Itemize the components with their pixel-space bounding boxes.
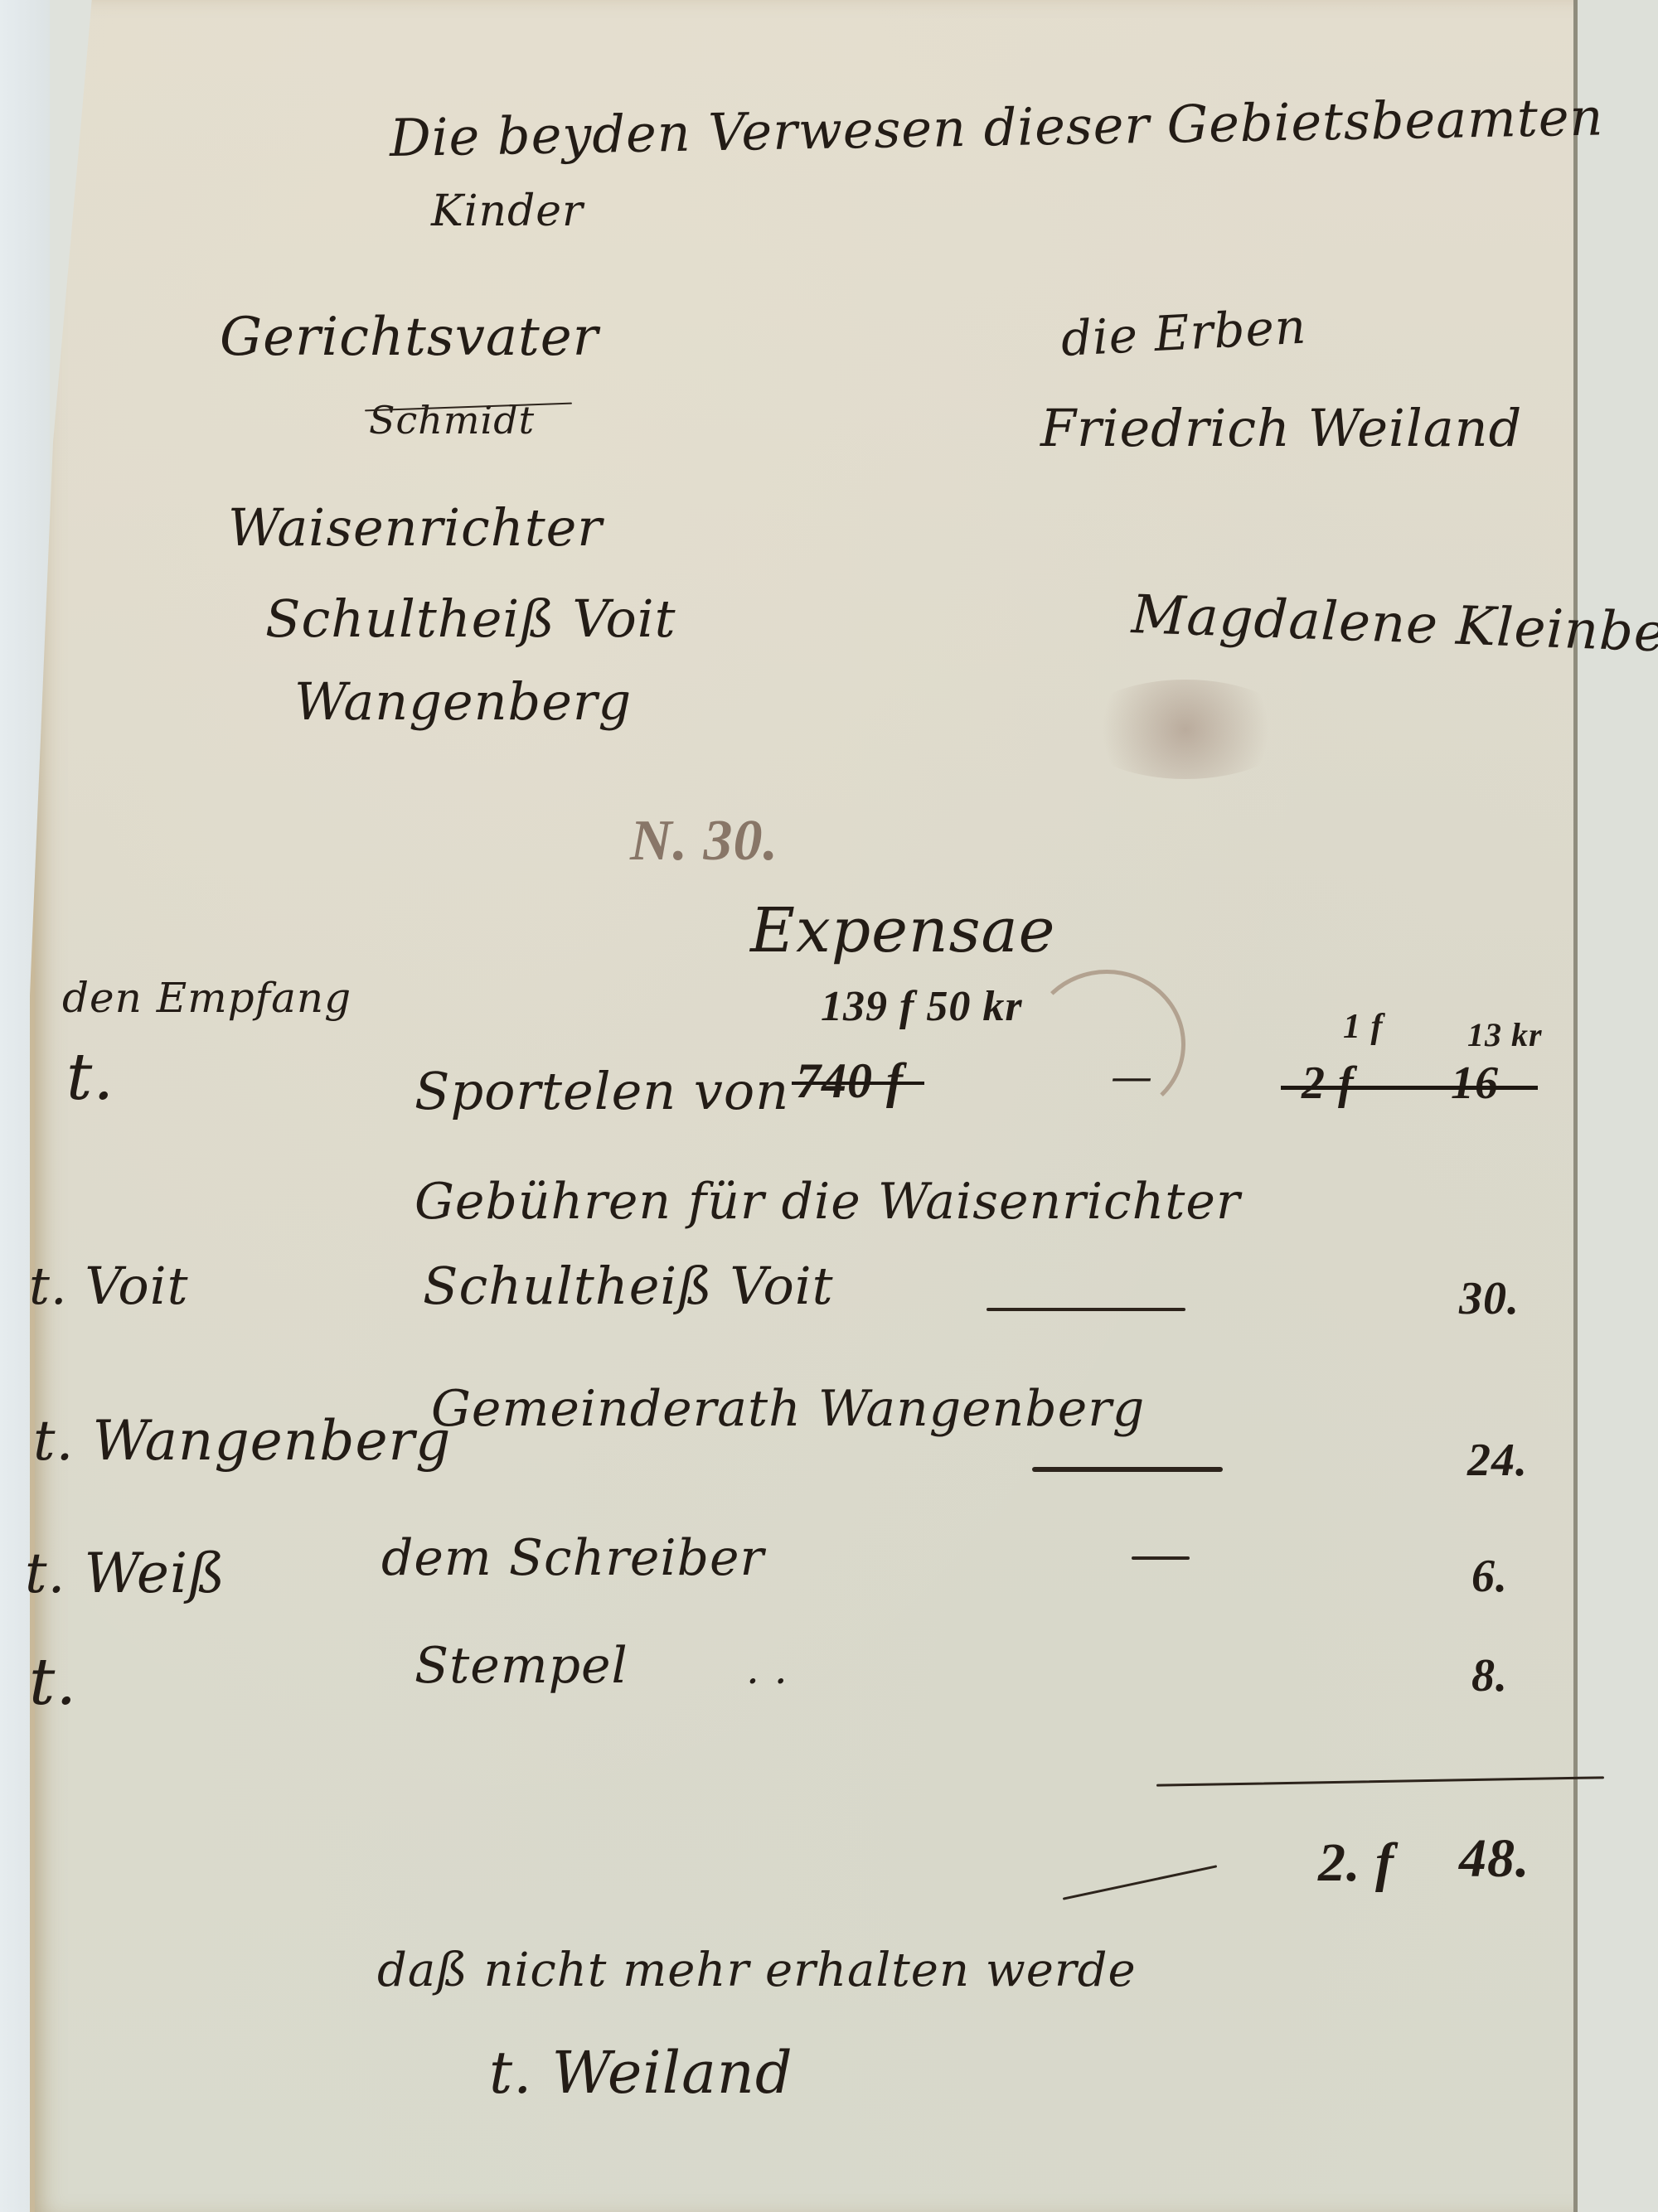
item-3-text: Gemeinderath Wangenberg <box>431 1380 1145 1438</box>
item-1-kreuzer-struck: 16 <box>1451 1057 1499 1110</box>
item-1-gulden-struck: 2 f <box>1302 1057 1355 1110</box>
margin-note: den Empfang <box>62 974 351 1022</box>
signatory-left-2-title: Waisenrichter <box>228 497 603 558</box>
item-1-text: Sportelen von <box>414 1061 789 1121</box>
item-2-dash <box>987 1308 1185 1311</box>
item-5-separator: . . <box>746 1645 788 1693</box>
total-kreuzer: 48. <box>1459 1827 1530 1890</box>
item-4-kreuzer: 6. <box>1471 1550 1508 1603</box>
signatory-left-2-line2: Schultheiß Voit <box>265 588 676 649</box>
item-4-dash <box>1132 1556 1190 1560</box>
receipt-line: daß nicht mehr erhalten werde <box>377 1943 1137 1997</box>
item-4-text: dem Schreiber <box>381 1529 764 1587</box>
item-4-margin: t. Weiß <box>25 1542 225 1605</box>
item-2-text-line2: Schultheiß Voit <box>423 1256 834 1316</box>
expenses-heading: Expensae <box>750 895 1055 966</box>
item-2-margin: t. Voit <box>29 1256 189 1316</box>
item-3-dash <box>1032 1467 1223 1472</box>
header-line-2: Kinder <box>431 186 584 236</box>
item-1-separator: — <box>1111 1053 1153 1101</box>
closing-signature: t. Weiland <box>489 2039 793 2107</box>
item-1-basis-corrected: 139 f 50 kr <box>821 982 1023 1031</box>
item-2-kreuzer: 30. <box>1459 1272 1520 1325</box>
total-gulden: 2. f <box>1318 1832 1394 1895</box>
strikethrough-amount <box>1281 1086 1538 1090</box>
item-1-margin: t. <box>66 1040 114 1115</box>
item-5-margin: t. <box>29 1645 77 1720</box>
item-1-kreuzer-corrected: 13 kr <box>1467 1015 1543 1054</box>
signatory-left-2-line3: Wangenberg <box>294 671 632 732</box>
item-5-kreuzer: 8. <box>1471 1649 1508 1702</box>
strikethrough-basis <box>792 1082 924 1085</box>
item-3-margin: t. Wangenberg <box>33 1409 451 1473</box>
ink-stain <box>1078 680 1293 779</box>
item-1-gulden-corrected: 1 f <box>1343 1007 1384 1047</box>
item-5-text: Stempel <box>414 1637 628 1695</box>
item-3-kreuzer: 24. <box>1467 1434 1528 1487</box>
signatory-left-1-title: Gerichtsvater <box>220 307 599 368</box>
backing-sheet-right <box>1573 0 1658 2212</box>
faded-stamp-number: N. 30. <box>630 808 778 874</box>
item-2-text-line1: Gebühren für die Waisenrichter <box>414 1173 1241 1231</box>
faded-seal-mark <box>1028 970 1185 1119</box>
signatory-right-1-name: Friedrich Weiland <box>1040 398 1522 458</box>
